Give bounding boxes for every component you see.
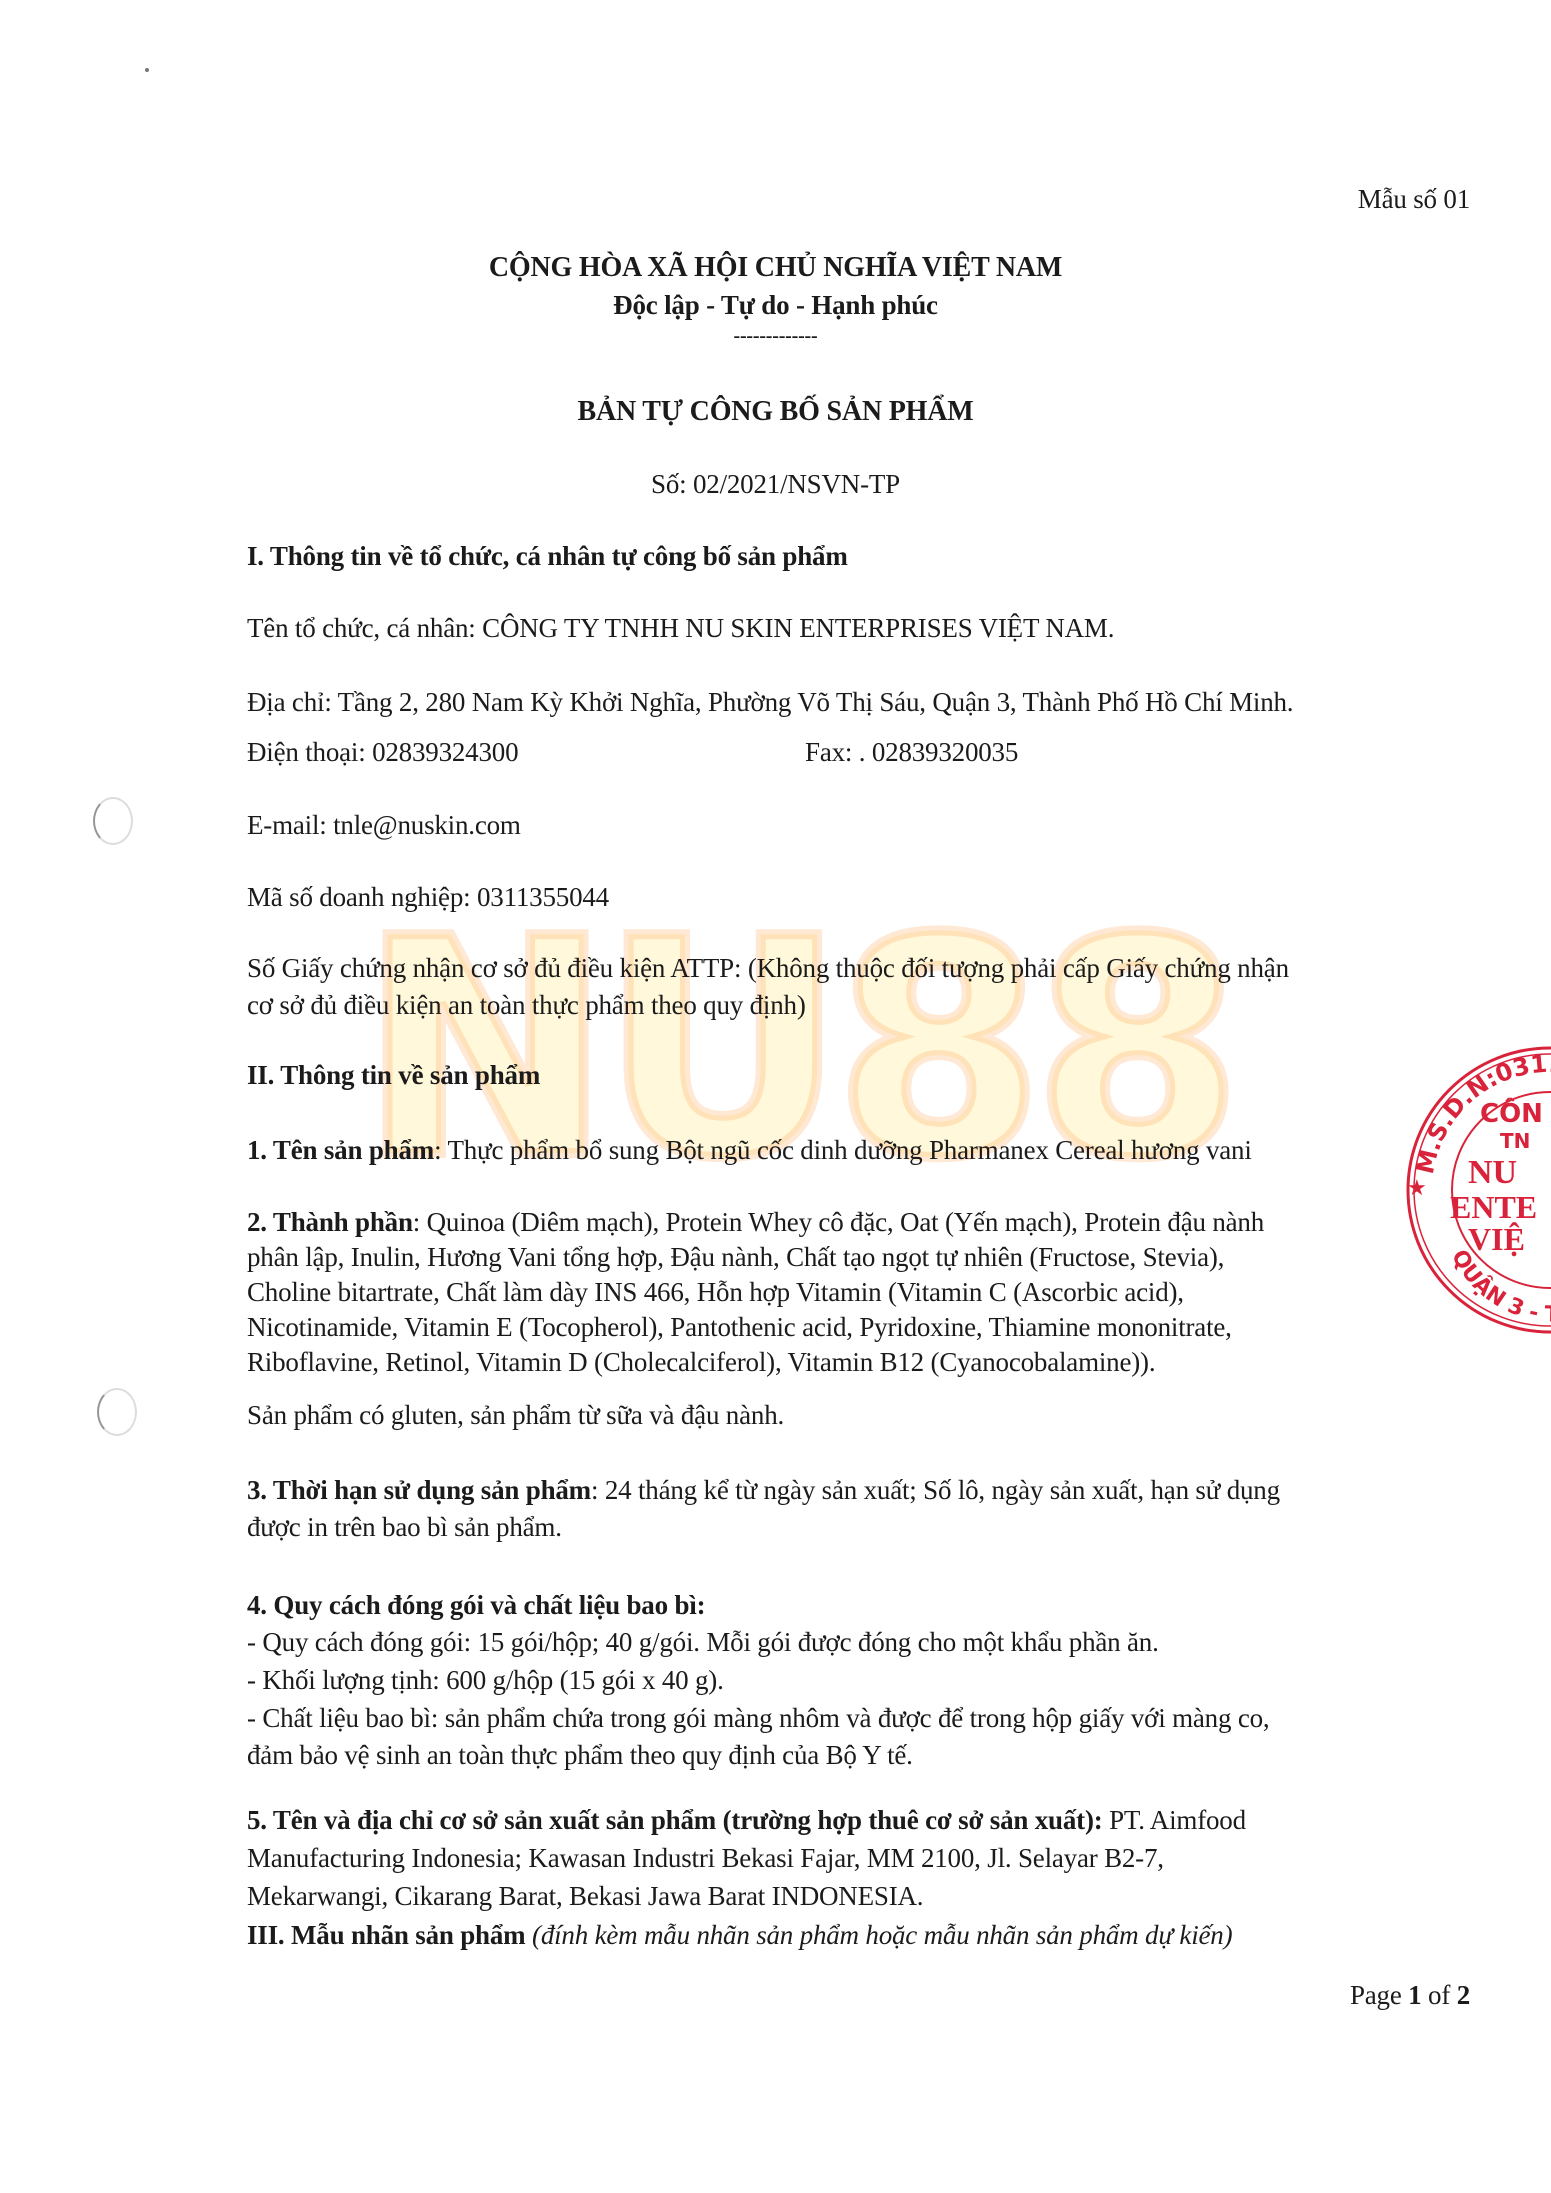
punch-hole-bottom [97, 1388, 137, 1436]
shelf-life-line1: 3. Thời hạn sử dụng sản phẩm: 24 tháng k… [247, 1472, 1280, 1508]
stamp-star-icon: ★ [1407, 1176, 1427, 1201]
svg-text:CÔN: CÔN [1480, 1097, 1543, 1129]
ingredients-line2: phân lập, Inulin, Hương Vani tổng hợp, Đ… [247, 1239, 1224, 1275]
ingredients-line4: Nicotinamide, Vitamin E (Tocopherol), Pa… [247, 1309, 1232, 1345]
org-phone: Điện thoại: 02839324300 [247, 734, 518, 770]
shelf-life-label: 3. Thời hạn sử dụng sản phẩm [247, 1475, 591, 1505]
ingredients-line1: 2. Thành phần: Quinoa (Diêm mạch), Prote… [247, 1204, 1264, 1240]
ingredients-label: 2. Thành phần [247, 1207, 413, 1237]
svg-text:NU: NU [1468, 1154, 1517, 1191]
document-title: BẢN TỰ CÔNG BỐ SẢN PHẨM [0, 394, 1551, 430]
org-fax: Fax: . 02839320035 [805, 734, 1018, 770]
packaging-line: - Chất liệu bao bì: sản phẩm chứa trong … [247, 1700, 1269, 1736]
section2-heading: II. Thông tin về sản phẩm [247, 1057, 540, 1093]
business-code: Mã số doanh nghiệp: 0311355044 [247, 879, 609, 915]
svg-text:TN: TN [1500, 1129, 1530, 1153]
page-indicator: Page 1 of 2 [1350, 1977, 1470, 2013]
product-name-value: : Thực phẩm bổ sung Bột ngũ cốc dinh dưỡ… [434, 1135, 1252, 1165]
product-name-label: 1. Tên sản phẩm [247, 1135, 434, 1165]
manufacturer-line1: 5. Tên và địa chỉ cơ sở sản xuất sản phẩ… [247, 1802, 1246, 1838]
food-safety-cert-line2: cơ sở đủ điều kiện an toàn thực phẩm the… [247, 987, 806, 1023]
manufacturer-text: PT. Aimfood [1103, 1805, 1246, 1835]
org-email: E-mail: tnle@nuskin.com [247, 807, 521, 843]
company-seal-stamp: M.S.D.N:0311355 QUẬN 3 - T ★ CÔN TN NU E… [1400, 1040, 1551, 1340]
manufacturer-label: 5. Tên và địa chỉ cơ sở sản xuất sản phẩ… [247, 1805, 1103, 1835]
packaging-heading: 4. Quy cách đóng gói và chất liệu bao bì… [247, 1587, 705, 1623]
packaging-line: đảm bảo vệ sinh an toàn thực phẩm theo q… [247, 1737, 913, 1773]
scan-speck [145, 68, 149, 72]
food-safety-cert-line1: Số Giấy chứng nhận cơ sở đủ điều kiện AT… [247, 950, 1289, 986]
ingredients-text: : Quinoa (Diêm mạch), Protein Whey cô đặ… [413, 1207, 1264, 1237]
document-number: Số: 02/2021/NSVN-TP [0, 466, 1551, 502]
packaging-line: - Khối lượng tịnh: 600 g/hộp (15 gói x 4… [247, 1662, 724, 1698]
punch-hole-top [93, 797, 133, 845]
section3-heading: III. Mẫu nhãn sản phẩm (đính kèm mẫu nhã… [247, 1917, 1232, 1953]
page-total: 2 [1457, 1980, 1470, 2010]
svg-text:ENTE: ENTE [1450, 1189, 1537, 1225]
org-address: Địa chỉ: Tầng 2, 280 Nam Kỳ Khởi Nghĩa, … [247, 684, 1293, 720]
ingredients-line5: Riboflavine, Retinol, Vitamin D (Choleca… [247, 1344, 1155, 1380]
org-name: Tên tổ chức, cá nhân: CÔNG TY TNHH NU SK… [247, 610, 1114, 646]
header-separator: ------------- [0, 318, 1551, 354]
svg-text:VIỆ: VIỆ [1468, 1221, 1525, 1257]
national-title: CỘNG HÒA XÃ HỘI CHỦ NGHĨA VIỆT NAM [0, 250, 1551, 286]
allergen-note: Sản phẩm có gluten, sản phẩm từ sữa và đ… [247, 1397, 784, 1433]
shelf-life-text: : 24 tháng kể từ ngày sản xuất; Số lô, n… [591, 1475, 1280, 1505]
manufacturer-line2: Manufacturing Indonesia; Kawasan Industr… [247, 1840, 1164, 1876]
label-sample-note: (đính kèm mẫu nhãn sản phẩm hoặc mẫu nhã… [532, 1920, 1232, 1950]
ingredients-line3: Choline bitartrate, Chất làm dày INS 466… [247, 1274, 1184, 1310]
label-sample-heading: III. Mẫu nhãn sản phẩm [247, 1920, 525, 1950]
page-current: 1 [1408, 1980, 1421, 2010]
product-name: 1. Tên sản phẩm: Thực phẩm bổ sung Bột n… [247, 1132, 1252, 1168]
manufacturer-line3: Mekarwangi, Cikarang Barat, Bekasi Jawa … [247, 1878, 923, 1914]
form-number: Mẫu số 01 [1358, 181, 1470, 217]
shelf-life-line2: được in trên bao bì sản phẩm. [247, 1509, 562, 1545]
section1-heading: I. Thông tin về tổ chức, cá nhân tự công… [247, 538, 848, 574]
document-page: NU88 Mẫu số 01 CỘNG HÒA XÃ HỘI CHỦ NGHĨA… [0, 0, 1551, 2193]
packaging-line: - Quy cách đóng gói: 15 gói/hộp; 40 g/gó… [247, 1624, 1159, 1660]
